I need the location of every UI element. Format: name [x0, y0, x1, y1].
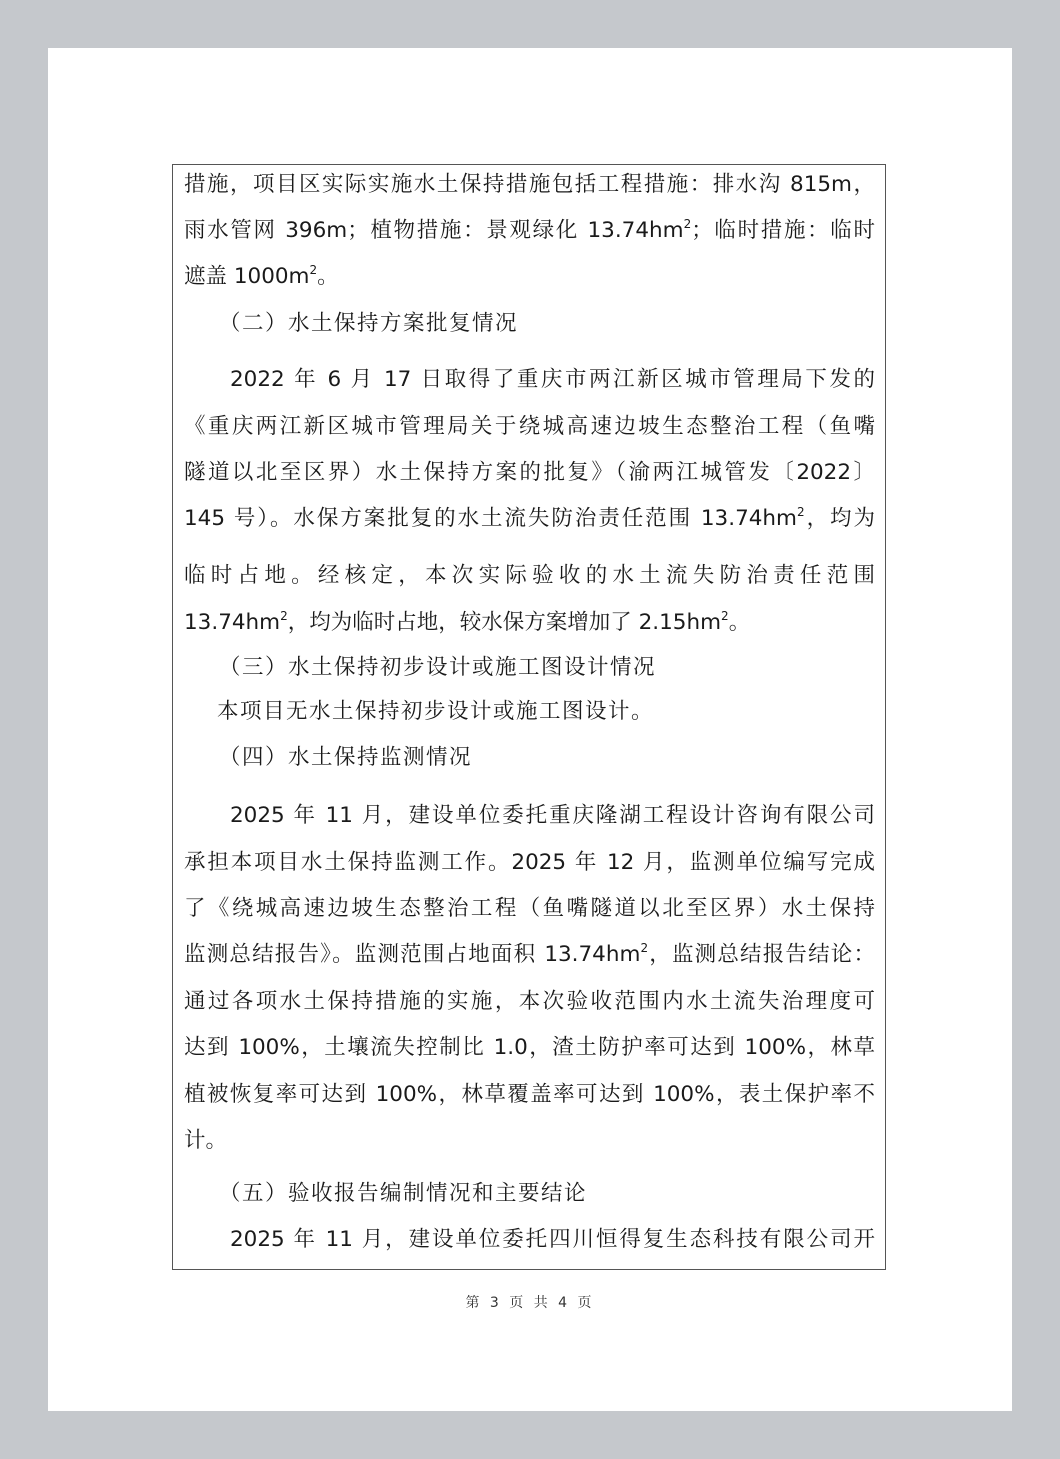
paragraph-line: 遮盖 1000m2。 [184, 262, 875, 292]
paragraph-line: 通过各项水土保持措施的实施，本次验收范围内水土流失治理度可 [184, 987, 875, 1017]
section-heading-4: （四）水土保持监测情况 [219, 743, 472, 773]
paragraph-line: 2022 年 6 月 17 日取得了重庆市两江新区城市管理局下发的 [230, 365, 875, 395]
paragraph-line: 临时占地。经核定，本次实际验收的水土流失防治责任范围 [184, 561, 875, 591]
superscript-2: 2 [310, 263, 318, 277]
superscript-2: 2 [721, 609, 729, 623]
paragraph-line: 监测总结报告》。监测范围占地面积 13.74hm2，监测总结报告结论： [184, 940, 875, 970]
paragraph-line: 2025 年 11 月，建设单位委托四川恒得复生态科技有限公司开 [230, 1225, 875, 1255]
paragraph-line: 措施，项目区实际实施水土保持措施包括工程措施：排水沟 815m， [184, 170, 875, 200]
paragraph-line: 145 号）。水保方案批复的水土流失防治责任范围 13.74hm2，均为 [184, 504, 875, 534]
paragraph-line: 承担本项目水土保持监测工作。2025 年 12 月，监测单位编写完成 [184, 848, 875, 878]
paragraph-line: 了《绕城高速边坡生态整治工程（鱼嘴隧道以北至区界）水土保持 [184, 894, 875, 924]
section-heading-2: （二）水土保持方案批复情况 [219, 309, 518, 339]
document-page: 措施，项目区实际实施水土保持措施包括工程措施：排水沟 815m， 雨水管网 39… [48, 48, 1012, 1411]
paragraph-line: 隧道以北至区界）水土保持方案的批复》（渝两江城管发〔2022〕 [184, 458, 875, 488]
paragraph-line: 本项目无水土保持初步设计或施工图设计。 [217, 697, 654, 727]
paragraph-line: 《重庆两江新区城市管理局关于绕城高速边坡生态整治工程（鱼嘴 [184, 412, 875, 442]
superscript-2: 2 [684, 217, 692, 231]
paragraph-line: 雨水管网 396m；植物措施：景观绿化 13.74hm2；临时措施：临时 [184, 216, 875, 246]
paragraph-line: 2025 年 11 月，建设单位委托重庆隆湖工程设计咨询有限公司 [230, 801, 875, 831]
section-heading-3: （三）水土保持初步设计或施工图设计情况 [219, 653, 656, 683]
paragraph-line: 13.74hm2，均为临时占地，较水保方案增加了 2.15hm2。 [184, 608, 875, 638]
paragraph-line: 达到 100%，土壤流失控制比 1.0，渣土防护率可达到 100%，林草 [184, 1033, 875, 1063]
superscript-2: 2 [280, 609, 288, 623]
page-number-footer: 第 3 页 共 4 页 [48, 1292, 1012, 1312]
paragraph-line: 植被恢复率可达到 100%，林草覆盖率可达到 100%，表土保护率不 [184, 1080, 875, 1110]
section-heading-5: （五）验收报告编制情况和主要结论 [219, 1179, 587, 1209]
superscript-2: 2 [640, 941, 648, 955]
content-frame: 措施，项目区实际实施水土保持措施包括工程措施：排水沟 815m， 雨水管网 39… [172, 164, 886, 1270]
paragraph-line: 计。 [184, 1126, 875, 1156]
superscript-2: 2 [797, 505, 805, 519]
